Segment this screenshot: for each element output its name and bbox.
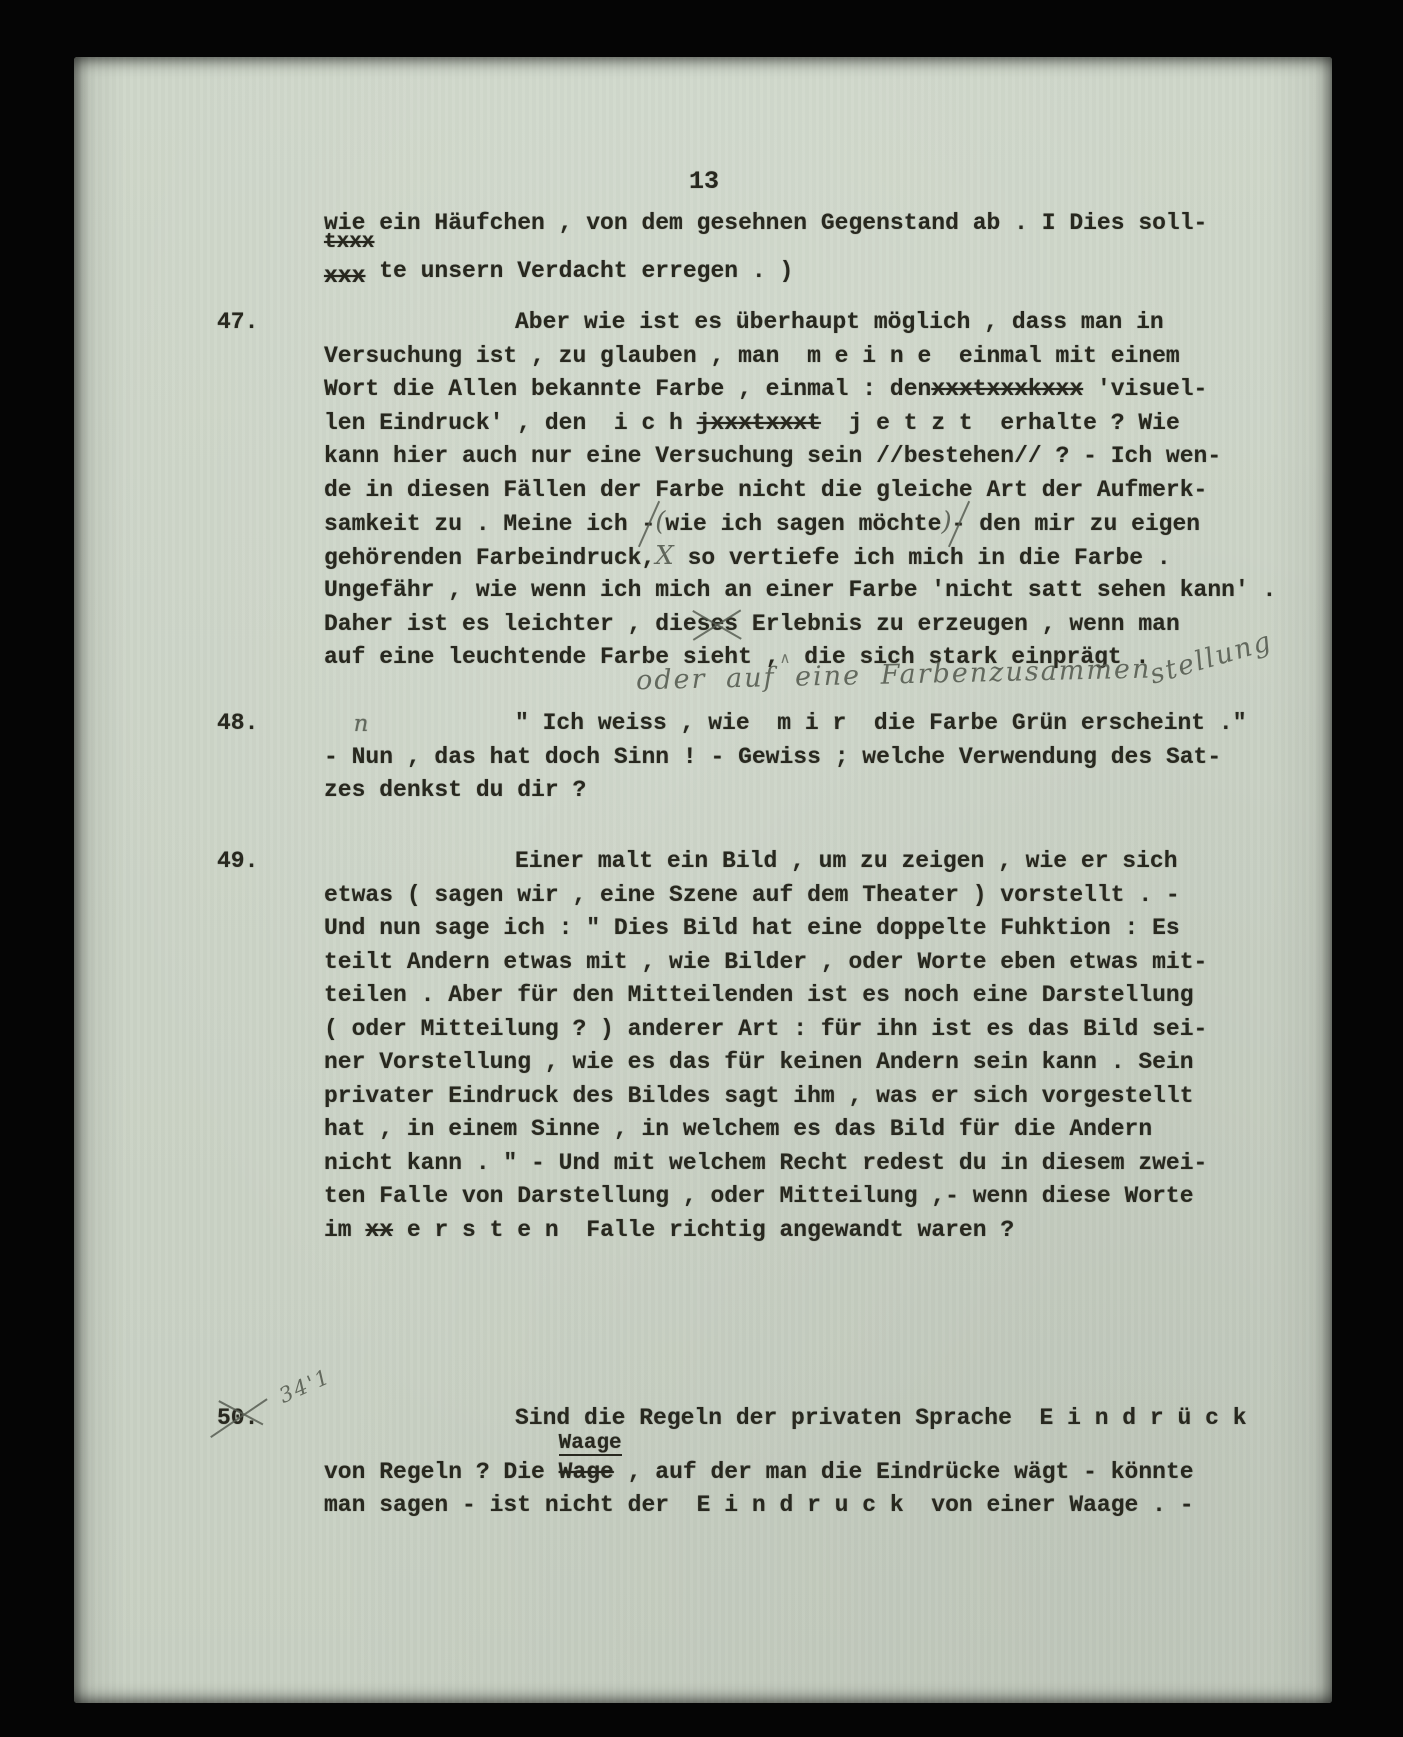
text-line: gehörenden Farbeindruck,X so vertiefe ic… bbox=[324, 541, 1304, 575]
typed-text: Ungefähr , wie wenn ich mich an einer Fa… bbox=[324, 577, 1276, 603]
text-line: txxxxxx te unsern Verdacht erregen . ) bbox=[324, 255, 1304, 289]
pencil-superscript-text: n bbox=[354, 711, 369, 737]
typed-text: len Eindruck' , den i c h bbox=[324, 410, 697, 436]
text-line: teilt Andern etwas mit , wie Bilder , od… bbox=[324, 946, 1304, 980]
text-line: ten Falle von Darstellung , oder Mitteil… bbox=[324, 1180, 1304, 1214]
pencil-mark: ( bbox=[655, 507, 665, 537]
text-line: kann hier auch nur eine Versuchung sein … bbox=[324, 440, 1304, 474]
correction-stack: txxxxxx bbox=[324, 255, 365, 289]
paragraph-number: 47. bbox=[217, 306, 258, 340]
typed-text: de in diesen Fällen der Farbe nicht die … bbox=[324, 477, 1207, 503]
scanned-typescript-page: 13 wie ein Häufchen , von dem gesehnen G… bbox=[74, 57, 1332, 1703]
struck-typed-text: xx bbox=[365, 1217, 393, 1243]
typed-text: Einer malt ein Bild , um zu zeigen , wie… bbox=[515, 848, 1178, 874]
paragraph: 50.34'1Sind die Regeln der privaten Spra… bbox=[324, 1402, 1304, 1523]
text-line: samkeit zu . Meine ich -(wie ich sagen m… bbox=[324, 507, 1304, 541]
text-line: man sagen - ist nicht der E i n d r u c … bbox=[324, 1489, 1304, 1523]
text-line: Ungefähr , wie wenn ich mich an einer Fa… bbox=[324, 574, 1304, 608]
slashed-typed-dash: - bbox=[641, 508, 655, 542]
typed-text: so vertiefe ich mich in die Farbe . bbox=[674, 545, 1171, 571]
typed-text: Wort die Allen bekannte Farbe , einmal :… bbox=[324, 376, 931, 402]
struck-typed-text: xxxtxxxkxxx bbox=[931, 376, 1083, 402]
typed-text: im bbox=[324, 1217, 365, 1243]
typed-text: ( oder Mitteilung ? ) anderer Art : für … bbox=[324, 1016, 1207, 1042]
paragraph: 47.Aber wie ist es überhaupt möglich , d… bbox=[324, 306, 1304, 675]
correction-original: xxx bbox=[324, 260, 365, 294]
typed-text: Erlebnis zu erzeugen , wenn man bbox=[738, 611, 1180, 637]
typed-text: teilt Andern etwas mit , wie Bilder , od… bbox=[324, 949, 1207, 975]
text-line: ( oder Mitteilung ? ) anderer Art : für … bbox=[324, 1013, 1304, 1047]
struck-typed-text: jxxxtxxxt bbox=[697, 410, 821, 436]
typed-text: Daher ist es leichter , die bbox=[324, 611, 697, 637]
text-line: nicht kann . " - Und mit welchem Recht r… bbox=[324, 1147, 1304, 1181]
typed-text: man sagen - ist nicht der E i n d r u c … bbox=[324, 1492, 1194, 1518]
slashed-typed-dash: - bbox=[952, 508, 966, 542]
typed-text: den mir zu eigen bbox=[965, 511, 1200, 537]
typed-text: gehörenden Farbeindruck, bbox=[324, 545, 655, 571]
screenshot-root: { "colors": { "paper": "#cdd5c8", "ink":… bbox=[0, 0, 1403, 1737]
correction-above: txxx bbox=[324, 232, 374, 253]
text-line: im xx e r s t e n Falle richtig angewand… bbox=[324, 1214, 1304, 1248]
text-line: ner Vorstellung , wie es das für keinen … bbox=[324, 1046, 1304, 1080]
text-line: de in diesen Fällen der Farbe nicht die … bbox=[324, 474, 1304, 508]
typed-text: 'visuel- bbox=[1083, 376, 1207, 402]
typed-text: - bbox=[324, 744, 352, 770]
typed-text: , auf der man die Eindrücke wägt - könnt… bbox=[614, 1459, 1194, 1485]
text-line: len Eindruck' , den i c h jxxxtxxxt j e … bbox=[324, 407, 1304, 441]
text-line: Einer malt ein Bild , um zu zeigen , wie… bbox=[324, 845, 1304, 879]
typed-text: " Ich weiss , wie m i r die Farbe Grün e… bbox=[515, 710, 1247, 736]
typed-text: Versuchung ist , zu glauben , man m e i … bbox=[324, 343, 1180, 369]
text-line: Sind die Regeln der privaten Sprache E i… bbox=[324, 1402, 1304, 1436]
typed-text: wie ich sagen möchte bbox=[665, 511, 941, 537]
text-line: Daher ist es leichter , dieses Erlebnis … bbox=[324, 608, 1304, 642]
typed-text: te unsern Verdacht erregen . ) bbox=[365, 258, 793, 284]
typed-text: wie ein Häufchen , von dem gesehnen Gege… bbox=[324, 210, 1207, 236]
text-line: Versuchung ist , zu glauben , man m e i … bbox=[324, 340, 1304, 374]
text-line: - nNun , das hat doch Sinn ! - Gewiss ; … bbox=[324, 741, 1304, 775]
typed-text: hat , in einem Sinne , in welchem es das… bbox=[324, 1116, 1152, 1142]
correction-original: Wage bbox=[559, 1456, 614, 1490]
pencil-mark: X bbox=[655, 541, 674, 571]
pencil-mark: ) bbox=[941, 507, 951, 537]
paragraph-number: 48. bbox=[217, 707, 258, 741]
paragraph: 49.Einer malt ein Bild , um zu zeigen , … bbox=[324, 845, 1304, 1247]
typed-text: e r s t e n Falle richtig angewandt ware… bbox=[393, 1217, 1014, 1243]
typed-text: teilen . Aber für den Mitteilenden ist e… bbox=[324, 982, 1194, 1008]
text-line: wie ein Häufchen , von dem gesehnen Gege… bbox=[324, 207, 1304, 241]
typed-text: j e t z t erhalte ? Wie bbox=[821, 410, 1180, 436]
typed-text: Und nun sage ich : " Dies Bild hat eine … bbox=[324, 915, 1180, 941]
typed-text: Aber wie ist es überhaupt möglich , dass… bbox=[515, 309, 1164, 335]
text-line: Wort die Allen bekannte Farbe , einmal :… bbox=[324, 373, 1304, 407]
typed-text: von Regeln ? Die bbox=[324, 1459, 559, 1485]
typed-text: privater Eindruck des Bildes sagt ihm , … bbox=[324, 1083, 1194, 1109]
paragraph-number: 50. bbox=[217, 1402, 258, 1436]
paragraph: wie ein Häufchen , von dem gesehnen Gege… bbox=[324, 207, 1304, 288]
page-number: 13 bbox=[614, 167, 794, 197]
paragraph: 48." Ich weiss , wie m i r die Farbe Grü… bbox=[324, 707, 1304, 808]
typed-text: kann hier auch nur eine Versuchung sein … bbox=[324, 443, 1221, 469]
typed-text: samkeit zu . Meine ich bbox=[324, 511, 641, 537]
text-line: von Regeln ? Die WaageWage , auf der man… bbox=[324, 1456, 1304, 1490]
typed-text: zes denkst du dir ? bbox=[324, 777, 586, 803]
typed-text: Nun , das hat doch Sinn ! - Gewiss ; wel… bbox=[352, 744, 1222, 770]
text-line: hat , in einem Sinne , in welchem es das… bbox=[324, 1113, 1304, 1147]
paragraph-number: 49. bbox=[217, 845, 258, 879]
typed-text: nicht kann . " - Und mit welchem Recht r… bbox=[324, 1150, 1207, 1176]
typed-text: ner Vorstellung , wie es das für keinen … bbox=[324, 1049, 1194, 1075]
text-line: " Ich weiss , wie m i r die Farbe Grün e… bbox=[324, 707, 1304, 741]
typed-text: Sind die Regeln der privaten Sprache E i… bbox=[515, 1405, 1247, 1431]
typed-text: ten Falle von Darstellung , oder Mitteil… bbox=[324, 1183, 1194, 1209]
text-line: privater Eindruck des Bildes sagt ihm , … bbox=[324, 1080, 1304, 1114]
pencil-crossed-text: ses bbox=[697, 608, 738, 642]
text-line: zes denkst du dir ? bbox=[324, 774, 1304, 808]
text-line: Aber wie ist es überhaupt möglich , dass… bbox=[324, 306, 1304, 340]
typed-text: etwas ( sagen wir , eine Szene auf dem T… bbox=[324, 882, 1180, 908]
text-line: teilen . Aber für den Mitteilenden ist e… bbox=[324, 979, 1304, 1013]
correction-above: Waage bbox=[559, 1433, 622, 1456]
correction-stack: WaageWage bbox=[559, 1456, 614, 1490]
text-line: Und nun sage ich : " Dies Bild hat eine … bbox=[324, 912, 1304, 946]
text-line: etwas ( sagen wir , eine Szene auf dem T… bbox=[324, 879, 1304, 913]
